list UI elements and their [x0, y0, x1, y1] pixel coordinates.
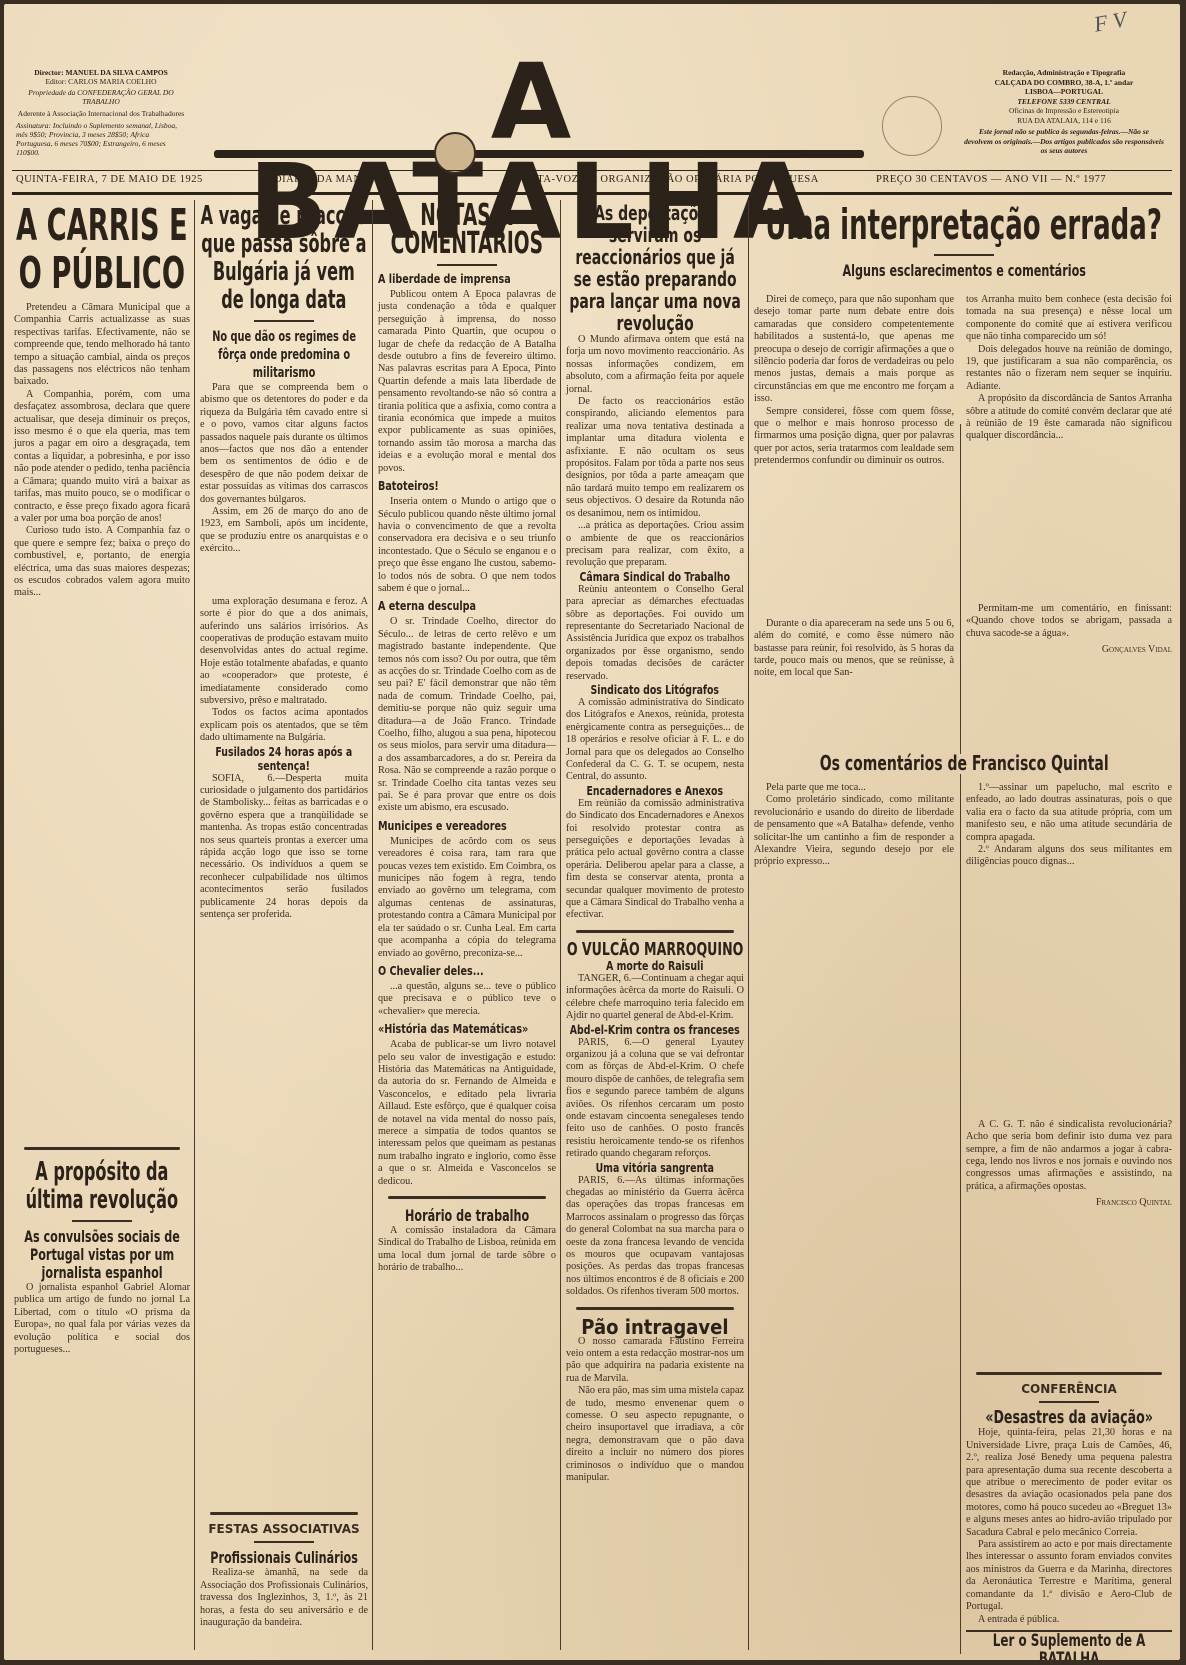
- paragraph: Sempre considerei, fôsse com quem fôsse,…: [754, 406, 954, 468]
- paragraph: Não era pão, mas sim uma mistela capaz d…: [566, 1385, 744, 1484]
- paragraph: A propósito da discordância de Santos Ar…: [966, 393, 1172, 443]
- paragraph: Para assistirem ao acto e por mais direc…: [966, 1539, 1172, 1613]
- subheadline: Câmara Sindical do Trabalho: [566, 570, 744, 584]
- headline: A CARRIS E O PÚBLICO: [14, 202, 190, 298]
- subscription-line: Assinatura: Incluindo o Suplemento seman…: [16, 121, 186, 157]
- article-conferencia: CONFERÊNCIA «Desastres da aviação» Hoje,…: [966, 1364, 1172, 1660]
- headline: Os comentários de Francisco Quintal: [754, 754, 1174, 772]
- supplement-banner: Ler o Suplemento de A BATALHA: [966, 1632, 1172, 1660]
- separator: [934, 254, 994, 256]
- subheadline: Abd-el-Krim contra os franceses: [566, 1023, 744, 1037]
- headline: A propósito da última revolução: [14, 1158, 190, 1214]
- paragraph: Assim, em 26 de março do ano de 1923, em…: [200, 506, 368, 556]
- item-title: Batoteiros!: [378, 479, 556, 494]
- article-interpretacao-col1: Direi de começo, para que não suponham q…: [754, 294, 954, 714]
- paragraph: Permitam-me um comentário, en finissant:…: [966, 603, 1172, 640]
- ornament-rule: [576, 930, 734, 933]
- paragraph: Dois delegados houve na reùnião de domin…: [966, 344, 1172, 394]
- article-interpretacao-header: Uma interpretação errada? Alguns esclare…: [754, 202, 1174, 280]
- subheadline: Encadernadores e Anexos: [566, 784, 744, 798]
- separator: [254, 1541, 314, 1543]
- city-line: LISBOA—PORTUGAL: [964, 87, 1164, 97]
- editor-line: Editor: CARLOS MARIA COELHO: [16, 77, 186, 86]
- paragraph: Como proletário sindicado, como militant…: [754, 794, 954, 868]
- subheadline: Alguns esclarecimentos e comentários: [754, 262, 1174, 280]
- paragraph: Para que se compreenda bem o abismo que …: [200, 382, 368, 506]
- ornament-rule: [388, 1196, 546, 1199]
- article-carris: A CARRIS E O PÚBLICO Pretendeu a Câmara …: [14, 202, 190, 600]
- paragraph: A entrada é pública.: [966, 1614, 1172, 1626]
- paragraph: 2.º Andaram alguns dos seus militantes e…: [966, 844, 1172, 869]
- paragraph: Durante o dia apareceram na sede uns 5 o…: [754, 618, 954, 680]
- subheadline: Sindicato dos Litógrafos: [566, 683, 744, 697]
- signature: Gonçalves Vidal: [966, 644, 1172, 656]
- paragraph: Em reùnião da comissão administrativa do…: [566, 798, 744, 922]
- subheadline: Fusilados 24 horas após a sentença!: [200, 745, 368, 773]
- headline: O VULCÃO MARROQUINO: [566, 941, 744, 959]
- masthead-right-box: Redacção, Administração e Tipografia CAL…: [964, 68, 1164, 156]
- item-title: A eterna desculpa: [378, 599, 556, 614]
- paragraph: tos Arranha muito bem conhece (esta deci…: [966, 294, 1172, 344]
- paragraph: A Companhia, porém, com uma desfaçatez a…: [14, 389, 190, 525]
- paragraph: Pretendeu a Câmara Municipal que a Compa…: [14, 302, 190, 389]
- paragraph: A comissão instaladora da Câmara Sindica…: [378, 1225, 556, 1275]
- handwritten-mark: F V: [1092, 6, 1128, 37]
- paragraph: Curioso tudo isto. A Companhia faz o que…: [14, 525, 190, 599]
- item-title: «História das Matemáticas»: [378, 1022, 556, 1037]
- rule: [12, 170, 1172, 171]
- article-notas-comentarios: NOTAS & COMENTARIOS A liberdade de impre…: [378, 202, 556, 1275]
- paragraph: PARIS, 6.—O general Lyautey organizou já…: [566, 1037, 744, 1161]
- owner-line: Propriedade da CONFEDERAÇÃO GERAL DO TRA…: [16, 88, 186, 106]
- paragraph: 1.º—assinar um papelucho, mal escrito e …: [966, 782, 1172, 844]
- daily-label: DIÁRIO DA MANHÃ: [274, 174, 378, 190]
- title-underline: [214, 150, 864, 158]
- paragraph: Todos os factos acima apontados explicam…: [200, 707, 368, 744]
- ornament-rule: [976, 1372, 1162, 1375]
- article-quintal-col1: Pela parte que me toca... Como proletári…: [754, 782, 954, 1652]
- paragraph: De facto os reaccionários estão conspira…: [566, 396, 744, 520]
- paragraph: O nosso camarada Faustino Ferreira veio …: [566, 1336, 744, 1386]
- print-address-line: RUA DA ATALAIA, 114 e 116: [964, 116, 1164, 126]
- paragraph: Realiza-se àmanhã, na sede da Associação…: [200, 1567, 368, 1629]
- article-festas: FESTAS ASSOCIATIVAS Profissionais Culiná…: [200, 1504, 368, 1629]
- paragraph: Publicou ontem A Epoca palavras de justa…: [378, 289, 556, 475]
- column-divider: [194, 200, 195, 1650]
- paragraph: SOFIA, 6.—Desperta muita curiosidade o j…: [200, 773, 368, 922]
- subheadline: No que dão os regimes de fôrça onde pred…: [200, 328, 368, 382]
- article-quintal-col2: 1.º—assinar um papelucho, mal escrito e …: [966, 782, 1172, 1210]
- separator: [254, 320, 314, 322]
- tagline: PORTA-VOZ DA ORGANIZAÇÃO OPERÁRIA PORTUG…: [516, 174, 819, 190]
- newspaper-page: F V Director: MANUEL DA SILVA CAMPOS Edi…: [4, 4, 1180, 1660]
- subheadline: As convulsões sociais de Portugal vistas…: [14, 1228, 190, 1282]
- headline: «Desastres da aviação»: [966, 1409, 1172, 1427]
- paragraph: Municipes de acôrdo com os seus vereador…: [378, 836, 556, 960]
- headline: Uma interpretação errada?: [754, 202, 1173, 248]
- column-divider: [960, 424, 961, 754]
- masthead-bottom-rule: [12, 192, 1172, 195]
- article-deportacoes: As deportações serviram os reaccionários…: [566, 202, 744, 1485]
- ornament-rule: [24, 1147, 180, 1150]
- issue-date: QUINTA-FEIRA, 7 DE MAIO DE 1925: [16, 174, 203, 190]
- paragraph: O jornalista espanhol Gabriel Alomar pub…: [14, 1282, 190, 1356]
- paragraph: uma exploração desumana e feroz. A sorte…: [200, 596, 368, 708]
- headline: Pão intragavel: [566, 1318, 744, 1336]
- paragraph: Reùniu anteontem o Conselho Geral para a…: [566, 584, 744, 683]
- publication-note: Este jornal não se publica às segundas-f…: [964, 127, 1164, 156]
- column-divider: [372, 200, 373, 1650]
- phone-line: TELEFONE 5339 CENTRAL: [964, 97, 1164, 107]
- ornament-rule: [210, 1512, 358, 1515]
- headline: As deportações serviram os reaccionários…: [566, 202, 744, 334]
- paragraph: Pela parte que me toca...: [754, 782, 954, 794]
- separator: [1039, 1401, 1099, 1403]
- paragraph: Direi de começo, para que não suponham q…: [754, 294, 954, 406]
- office-line: Redacção, Administração e Tipografia: [964, 68, 1164, 78]
- paragraph: ...a questão, alguns se... teve o públic…: [378, 981, 556, 1018]
- section-label: CONFERÊNCIA: [966, 1383, 1172, 1395]
- director-line: Director: MANUEL DA SILVA CAMPOS: [16, 68, 186, 77]
- item-title: O Chevalier deles...: [378, 964, 556, 979]
- section-label: FESTAS ASSOCIATIVAS: [200, 1523, 368, 1535]
- subheadline: Uma vitória sangrenta: [566, 1161, 744, 1175]
- paragraph: Acaba de publicar-se um livro notavel pe…: [378, 1039, 556, 1188]
- article-quintal-header: Os comentários de Francisco Quintal: [754, 754, 1174, 772]
- column-divider: [560, 200, 561, 1650]
- headline: A vaga de reacção que passa sôbre a Bulg…: [200, 202, 368, 314]
- article-interpretacao-col2: tos Arranha muito bem conhece (esta deci…: [966, 294, 1172, 744]
- article-bulgaria: A vaga de reacção que passa sôbre a Bulg…: [200, 202, 368, 921]
- headline: NOTAS & COMENTARIOS: [378, 202, 556, 258]
- paragraph: ...a prática as deportações. Criou assim…: [566, 520, 744, 570]
- separator: [72, 1220, 132, 1222]
- print-office-line: Oficinas de Impressão e Estereotipia: [964, 106, 1164, 116]
- paragraph: A C. G. T. não é sindicalista revolucion…: [966, 1119, 1172, 1193]
- paragraph: Hoje, quinta-feira, pelas 21,30 horas e …: [966, 1427, 1172, 1539]
- newspaper-title: A BATALHA: [224, 52, 844, 152]
- ornament-rule: [576, 1307, 734, 1310]
- column-divider: [960, 774, 961, 1654]
- column-divider: [748, 200, 749, 1650]
- paragraph: O Mundo afirmava ontem que está na forja…: [566, 334, 744, 396]
- item-title: Municipes e vereadores: [378, 819, 556, 834]
- postmark-stamp-icon: [882, 96, 942, 156]
- headline: Horário de trabalho: [378, 1207, 556, 1225]
- affiliation-line: Aderente à Associação Internacional dos …: [16, 109, 186, 118]
- paragraph: TANGER, 6.—Continuam a chegar aqui infor…: [566, 973, 744, 1023]
- address-line: CALÇADA DO COMBRO, 38-A, 1.º andar: [964, 78, 1164, 88]
- item-title: A liberdade de imprensa: [378, 272, 556, 287]
- headline: Profissionais Culinários: [200, 1549, 368, 1567]
- masthead-left-box: Director: MANUEL DA SILVA CAMPOS Editor:…: [16, 68, 186, 157]
- paragraph: PARIS, 6.—As últimas informações chegada…: [566, 1175, 744, 1299]
- emblem-seal-icon: [434, 132, 476, 174]
- article-ultima-revolucao: A propósito da última revolução As convu…: [14, 1139, 190, 1356]
- paragraph: A comissão administrativa do Sindicato d…: [566, 697, 744, 784]
- signature: Francisco Quintal: [966, 1197, 1172, 1209]
- paragraph: Inseria ontem o Mundo o artigo que o Séc…: [378, 496, 556, 595]
- paragraph: O sr. Trindade Coelho, director do Sécul…: [378, 616, 556, 815]
- price-issue: PREÇO 30 CENTAVOS — ANO VII — N.º 1977: [876, 174, 1106, 190]
- subheadline: A morte do Raisuli: [566, 959, 744, 973]
- separator: [437, 264, 497, 266]
